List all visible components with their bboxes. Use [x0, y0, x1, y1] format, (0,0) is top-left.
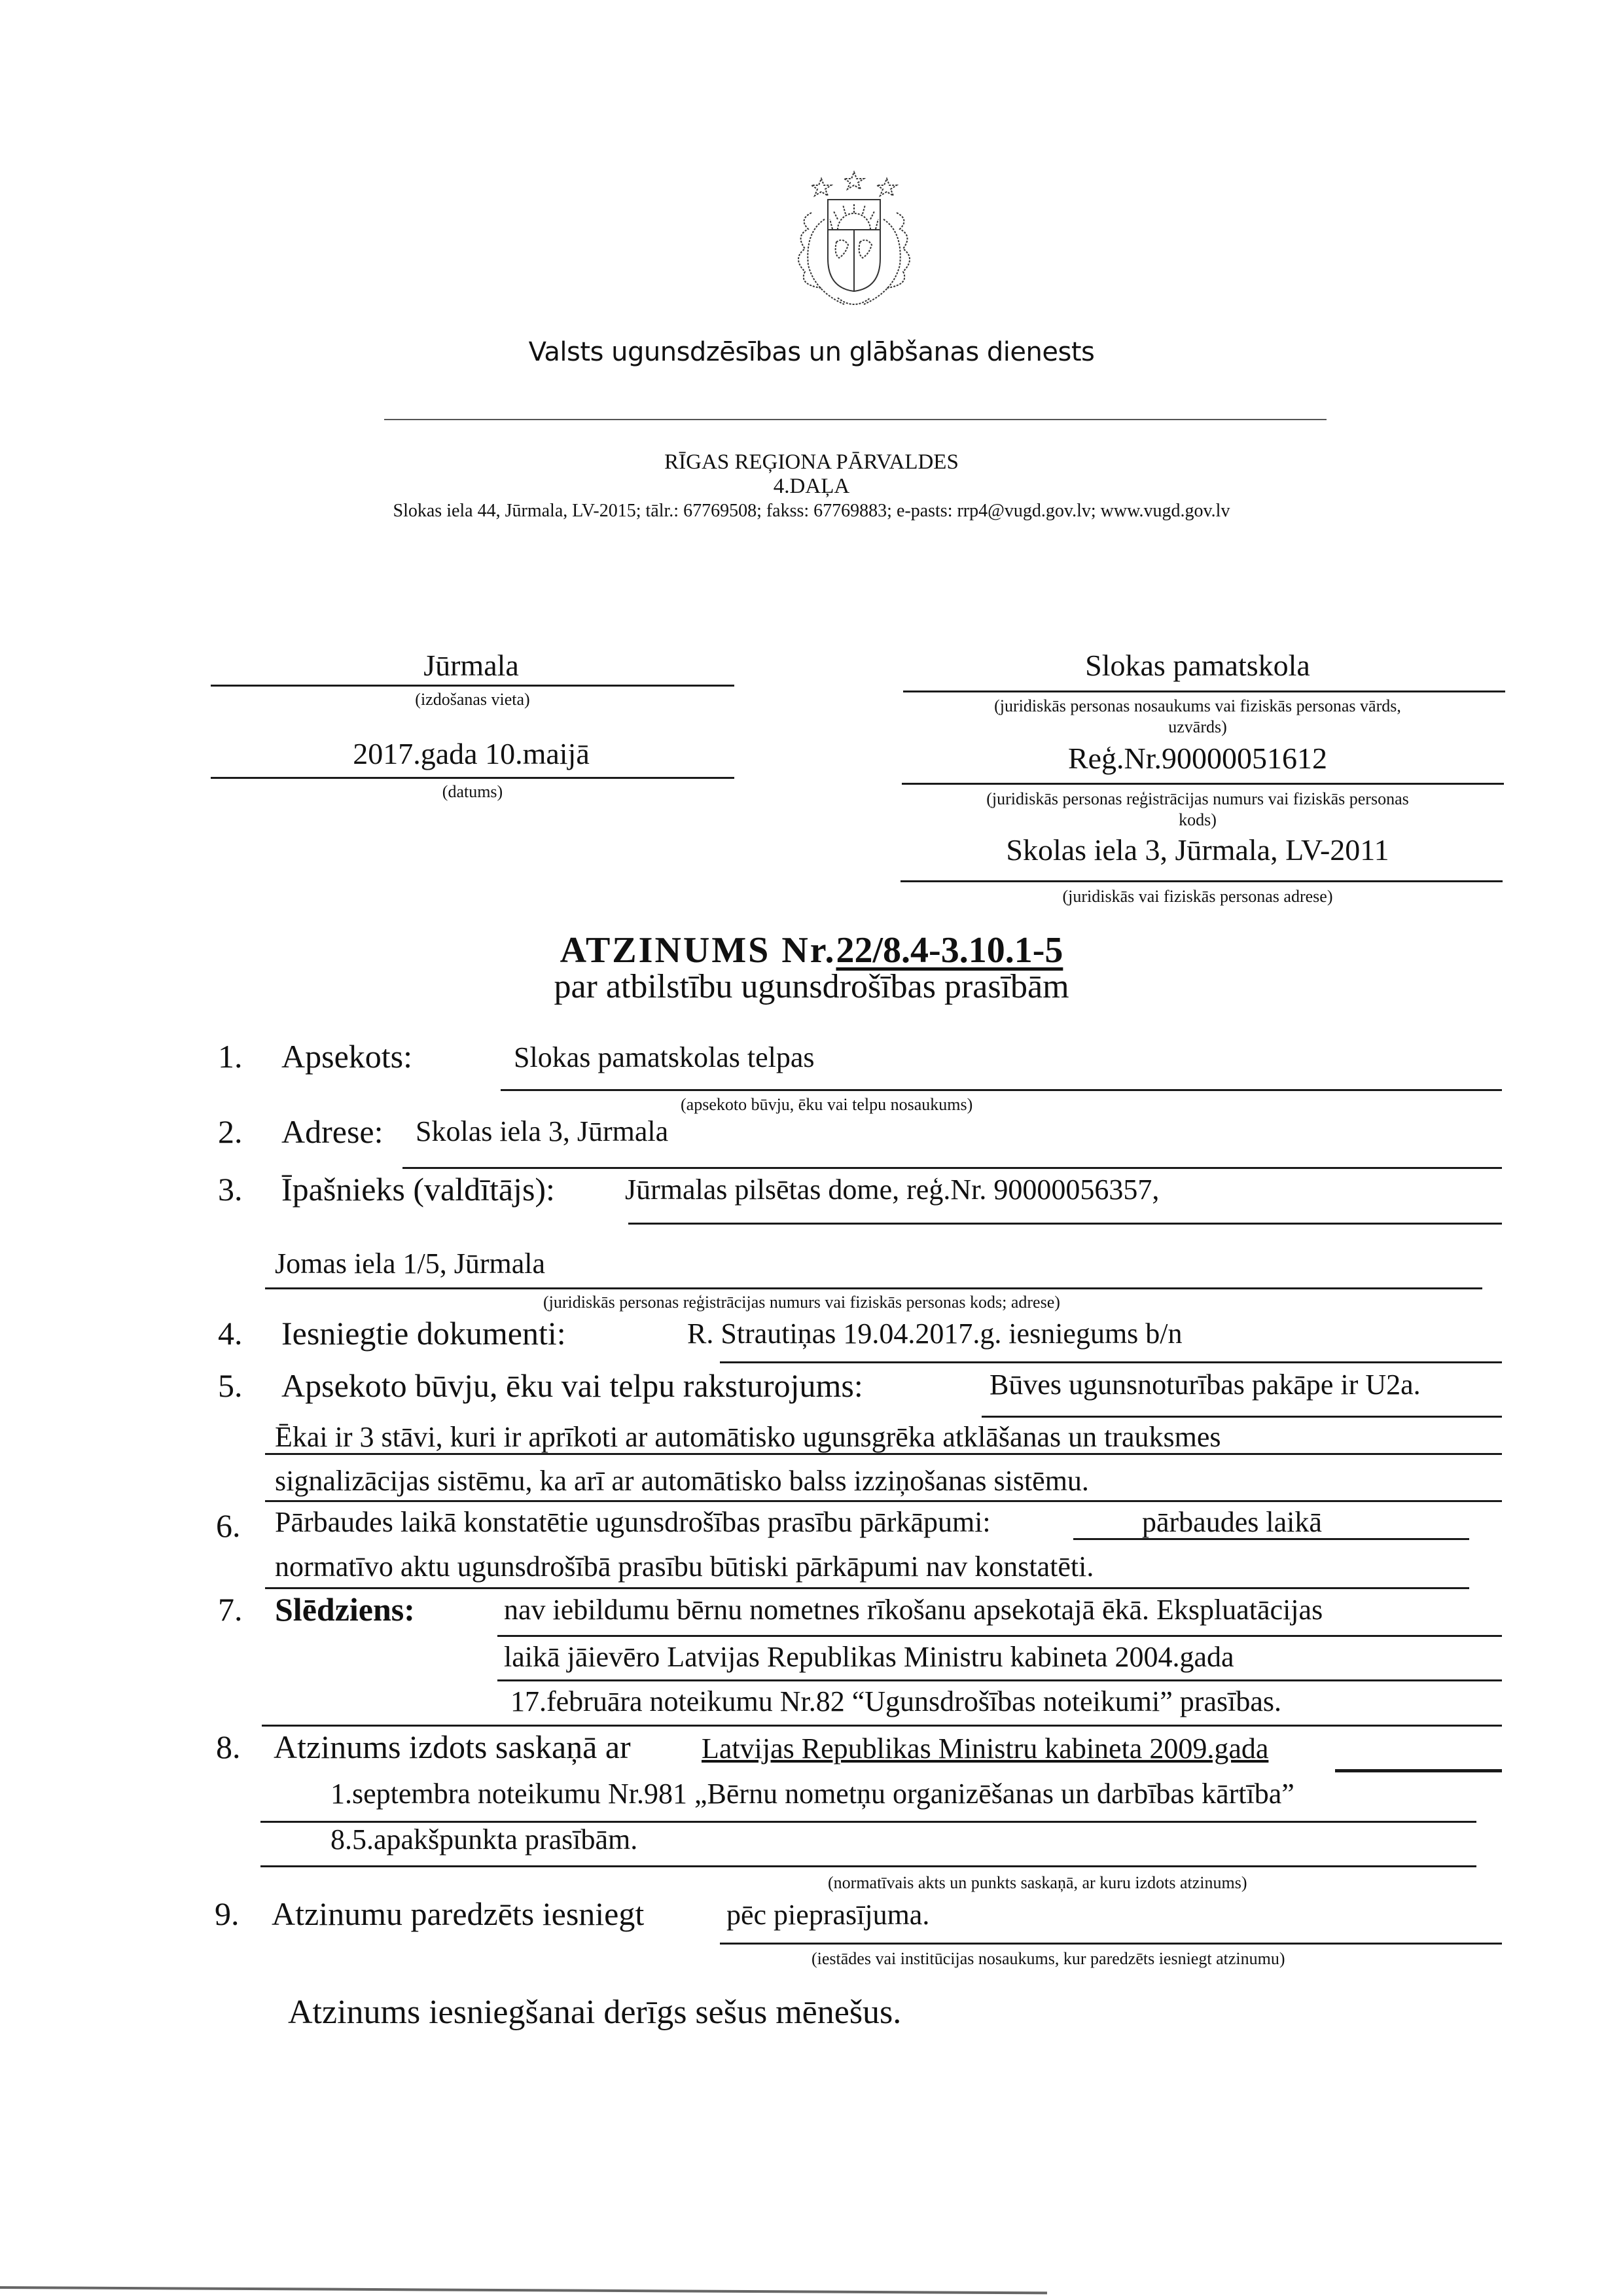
item-3-label: Īpašnieks (valdītājs): — [281, 1170, 555, 1208]
issue-place-line — [211, 685, 734, 687]
item-9-line — [720, 1943, 1502, 1945]
item-8-label: Atzinums izdots saskaņā ar — [274, 1728, 631, 1766]
item-2-value: Skolas iela 3, Jūrmala — [416, 1115, 668, 1148]
item-7-num: 7. — [218, 1590, 243, 1628]
item-6-line-2 — [265, 1587, 1469, 1589]
item-2-label: Adrese: — [281, 1113, 383, 1151]
item-3-num: 3. — [218, 1170, 243, 1208]
item-6-value-2: normatīvo aktu ugunsdrošībā prasību būti… — [275, 1550, 1094, 1583]
item-3-line — [628, 1223, 1502, 1225]
recipient-address-line — [901, 880, 1503, 882]
recipient-name-caption: (juridiskās personas nosaukums vai fizis… — [897, 696, 1499, 716]
scan-edge-line — [0, 2286, 1047, 2294]
item-7-value: nav iebildumu bērnu nometnes rīkošanu ap… — [504, 1593, 1323, 1626]
item-7-value-3: 17.februāra noteikumu Nr.82 “Ugunsdrošīb… — [510, 1685, 1281, 1718]
item-6-value: pārbaudes laikā — [1142, 1505, 1322, 1539]
title-number: 22/8.4-3.10.1-5 — [836, 930, 1063, 971]
item-3-caption: (juridiskās personas reģistrācijas numur… — [543, 1293, 1060, 1312]
agency-name: Valsts ugunsdzēsības un glābšanas dienes… — [0, 337, 1623, 367]
recipient-address: Skolas iela 3, Jūrmala, LV-2011 — [897, 833, 1499, 867]
header-divider — [384, 419, 1327, 420]
item-9-value: pēc pieprasījuma. — [726, 1898, 929, 1931]
item-8-line-3 — [260, 1865, 1476, 1867]
item-8-line — [1335, 1769, 1502, 1772]
item-5-line-3 — [265, 1500, 1502, 1502]
validity-note: Atzinums iesniegšanai derīgs sešus mēneš… — [288, 1993, 901, 2032]
item-2-line — [402, 1167, 1502, 1169]
item-5-value: Būves ugunsnoturības pakāpe ir U2a. — [990, 1368, 1421, 1401]
region-name: RĪGAS REĢIONA PĀRVALDES — [0, 450, 1623, 475]
item-5-value-3: signalizācijas sistēmu, ka arī ar automā… — [275, 1464, 1089, 1498]
item-3-value: Jūrmalas pilsētas dome, reģ.Nr. 90000056… — [625, 1173, 1159, 1206]
issue-place-caption: (izdošanas vieta) — [211, 690, 734, 709]
recipient-address-caption: (juridiskās vai fiziskās personas adrese… — [897, 887, 1499, 906]
item-4-value: R. Strautiņas 19.04.2017.g. iesniegums b… — [687, 1317, 1183, 1350]
item-5-value-2: Ēkai ir 3 stāvi, kuri ir aprīkoti ar aut… — [275, 1420, 1221, 1454]
item-1-value: Slokas pamatskolas telpas — [514, 1041, 815, 1074]
recipient-name: Slokas pamatskola — [897, 648, 1499, 683]
item-3-line-2 — [265, 1287, 1482, 1289]
item-2-num: 2. — [218, 1113, 243, 1151]
recipient-reg-line — [902, 783, 1504, 785]
department-name: 4.DAĻA — [0, 475, 1623, 499]
recipient-reg-caption-2: kods) — [897, 810, 1499, 830]
item-4-line — [720, 1361, 1502, 1363]
contact-line: Slokas iela 44, Jūrmala, LV-2015; tālr.:… — [0, 501, 1623, 522]
item-7-line — [497, 1635, 1502, 1637]
item-1-line — [501, 1089, 1502, 1091]
item-9-caption: (iestādes vai institūcijas nosaukums, ku… — [811, 1949, 1285, 1969]
item-9-label: Atzinumu paredzēts iesniegt — [272, 1895, 644, 1933]
latvia-coat-of-arms-icon — [766, 167, 942, 317]
recipient-name-caption-2: uzvārds) — [897, 717, 1499, 737]
issue-place: Jūrmala — [209, 648, 733, 683]
item-7-value-2: laikā jāievēro Latvijas Republikas Minis… — [504, 1640, 1234, 1674]
item-8-caption: (normatīvais akts un punkts saskaņā, ar … — [828, 1873, 1247, 1893]
item-9-num: 9. — [215, 1895, 240, 1933]
item-8-value: Latvijas Republikas Ministru kabineta 20… — [702, 1732, 1268, 1765]
recipient-reg: Reģ.Nr.90000051612 — [897, 741, 1499, 776]
item-6-label: Pārbaudes laikā konstatētie ugunsdrošība… — [275, 1505, 991, 1539]
item-5-line-2 — [265, 1453, 1502, 1455]
document-title: ATZINUMS Nr.22/8.4-3.10.1-5 — [0, 929, 1623, 971]
recipient-reg-caption: (juridiskās personas reģistrācijas numur… — [897, 789, 1499, 809]
item-6-num: 6. — [216, 1507, 241, 1545]
issue-date-line — [211, 777, 734, 779]
item-1-caption: (apsekoto būvju, ēku vai telpu nosaukums… — [681, 1095, 972, 1115]
title-prefix: ATZINUMS Nr. — [560, 930, 836, 971]
item-7-line-2 — [497, 1679, 1502, 1681]
recipient-name-line — [903, 691, 1505, 692]
issue-date: 2017.gada 10.maijā — [209, 736, 733, 771]
item-5-line — [982, 1416, 1502, 1418]
item-8-value-2: 1.septembra noteikumu Nr.981 „Bērnu nome… — [330, 1777, 1294, 1810]
item-4-label: Iesniegtie dokumenti: — [281, 1314, 566, 1352]
item-3-value-2: Jomas iela 1/5, Jūrmala — [275, 1247, 545, 1280]
item-5-num: 5. — [218, 1367, 243, 1405]
item-5-label: Apsekoto būvju, ēku vai telpu raksturoju… — [281, 1367, 863, 1405]
item-4-num: 4. — [218, 1314, 243, 1352]
item-1-label: Apsekots: — [281, 1037, 412, 1075]
item-8-num: 8. — [216, 1728, 241, 1766]
document-subtitle: par atbilstību ugunsdrošības prasībām — [0, 967, 1623, 1006]
item-8-value-3: 8.5.apakšpunkta prasībām. — [330, 1823, 637, 1856]
item-7-label: Slēdziens: — [275, 1590, 415, 1628]
item-1-num: 1. — [218, 1037, 243, 1075]
item-7-line-3 — [262, 1725, 1502, 1727]
issue-date-caption: (datums) — [211, 782, 734, 802]
